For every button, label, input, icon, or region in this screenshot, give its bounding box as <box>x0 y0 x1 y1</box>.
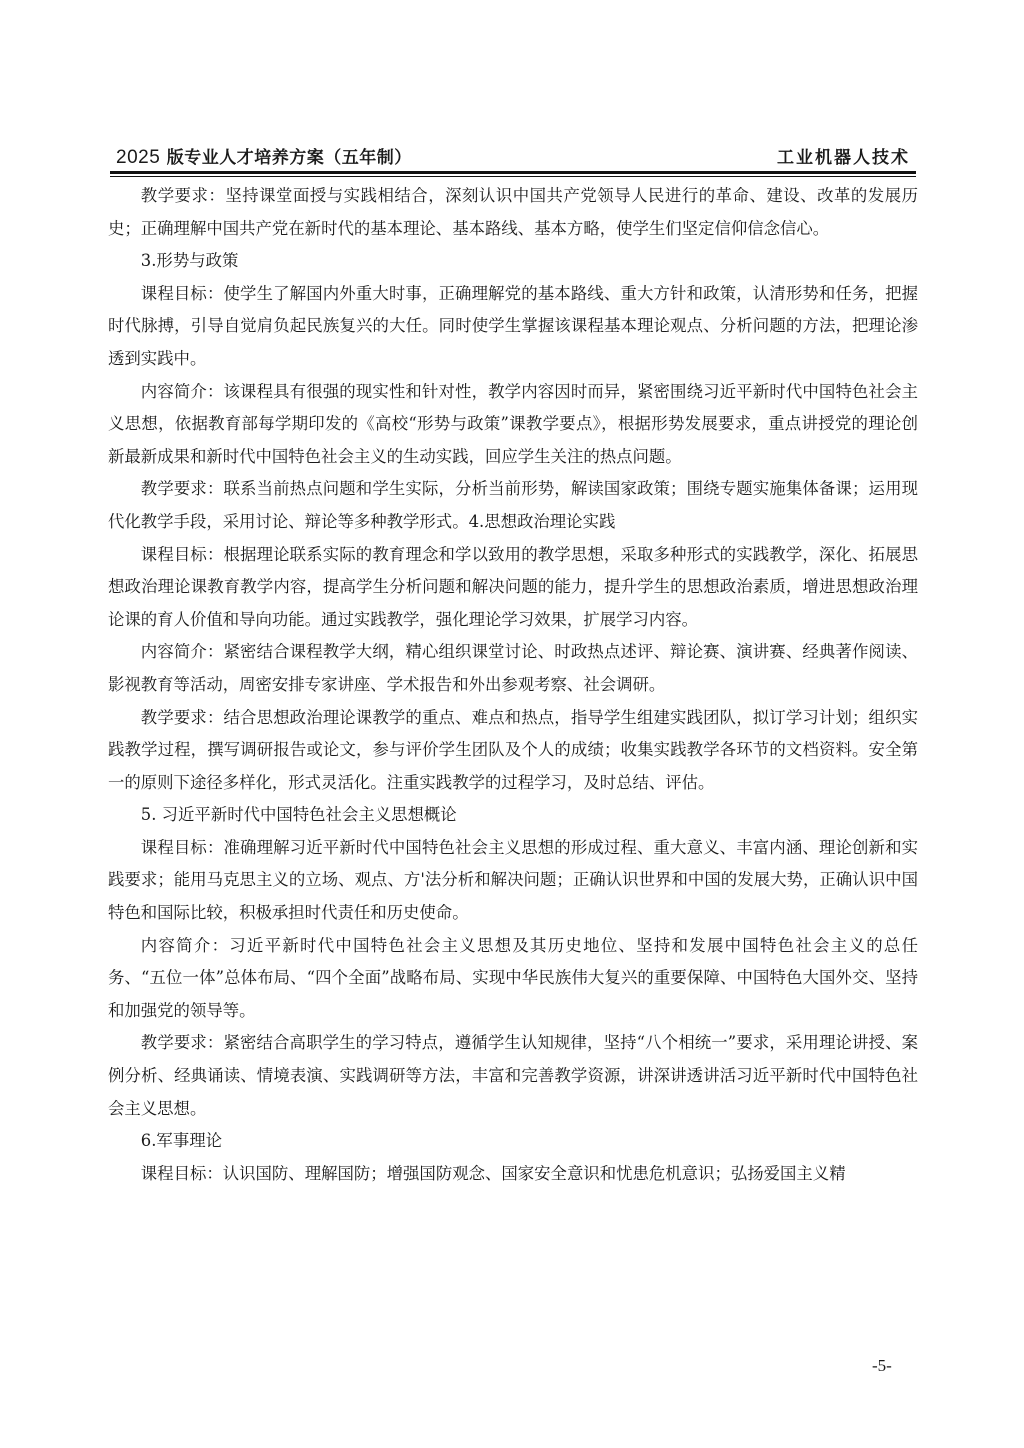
paragraph: 课程目标：根据理论联系实际的教育理念和学以致用的教学思想，采取多种形式的实践教学… <box>108 539 918 637</box>
paragraph: 教学要求：坚持课堂面授与实践相结合，深刻认识中国共产党领导人民进行的革命、建设、… <box>108 180 918 245</box>
paragraph: 课程目标：使学生了解国内外重大时事，正确理解党的基本路线、重大方针和政策，认清形… <box>108 278 918 376</box>
section-heading: 5. 习近平新时代中国特色社会主义思想概论 <box>108 799 918 832</box>
section-heading: 3.形势与政策 <box>108 245 918 278</box>
paragraph: 课程目标：认识国防、理解国防；增强国防观念、国家安全意识和忧患危机意识；弘扬爱国… <box>108 1158 918 1191</box>
header-rule-thin <box>110 176 916 177</box>
program-name: 工业机器人技术 <box>777 143 910 168</box>
page-header: 2025 版专业人才培养方案（五年制） 工业机器人技术 <box>110 143 916 169</box>
document-year: 2025 <box>116 147 160 168</box>
paragraph: 内容简介：习近平新时代中国特色社会主义思想及其历史地位、坚持和发展中国特色社会主… <box>108 930 918 1028</box>
paragraph: 教学要求：结合思想政治理论课教学的重点、难点和热点，指导学生组建实践团队，拟订学… <box>108 702 918 800</box>
paragraph: 内容简介：紧密结合课程教学大纲，精心组织课堂讨论、时政热点述评、辩论赛、演讲赛、… <box>108 636 918 701</box>
section-heading: 6.军事理论 <box>108 1125 918 1158</box>
paragraph: 教学要求：联系当前热点问题和学生实际，分析当前形势，解读国家政策；围绕专题实施集… <box>108 473 918 538</box>
paragraph: 内容简介：该课程具有很强的现实性和针对性，教学内容因时而异，紧密围绕习近平新时代… <box>108 376 918 474</box>
document-title: 2025 版专业人才培养方案（五年制） <box>116 143 412 169</box>
header-rule-thick <box>110 171 916 174</box>
document-body: 教学要求：坚持课堂面授与实践相结合，深刻认识中国共产党领导人民进行的革命、建设、… <box>108 180 918 1190</box>
paragraph: 课程目标：准确理解习近平新时代中国特色社会主义思想的形成过程、重大意义、丰富内涵… <box>108 832 918 930</box>
document-title-text: 版专业人才培养方案（五年制） <box>167 148 412 168</box>
page-number: -5- <box>872 1356 892 1376</box>
paragraph: 教学要求：紧密结合高职学生的学习特点，遵循学生认知规律，坚持“八个相统一”要求，… <box>108 1027 918 1125</box>
